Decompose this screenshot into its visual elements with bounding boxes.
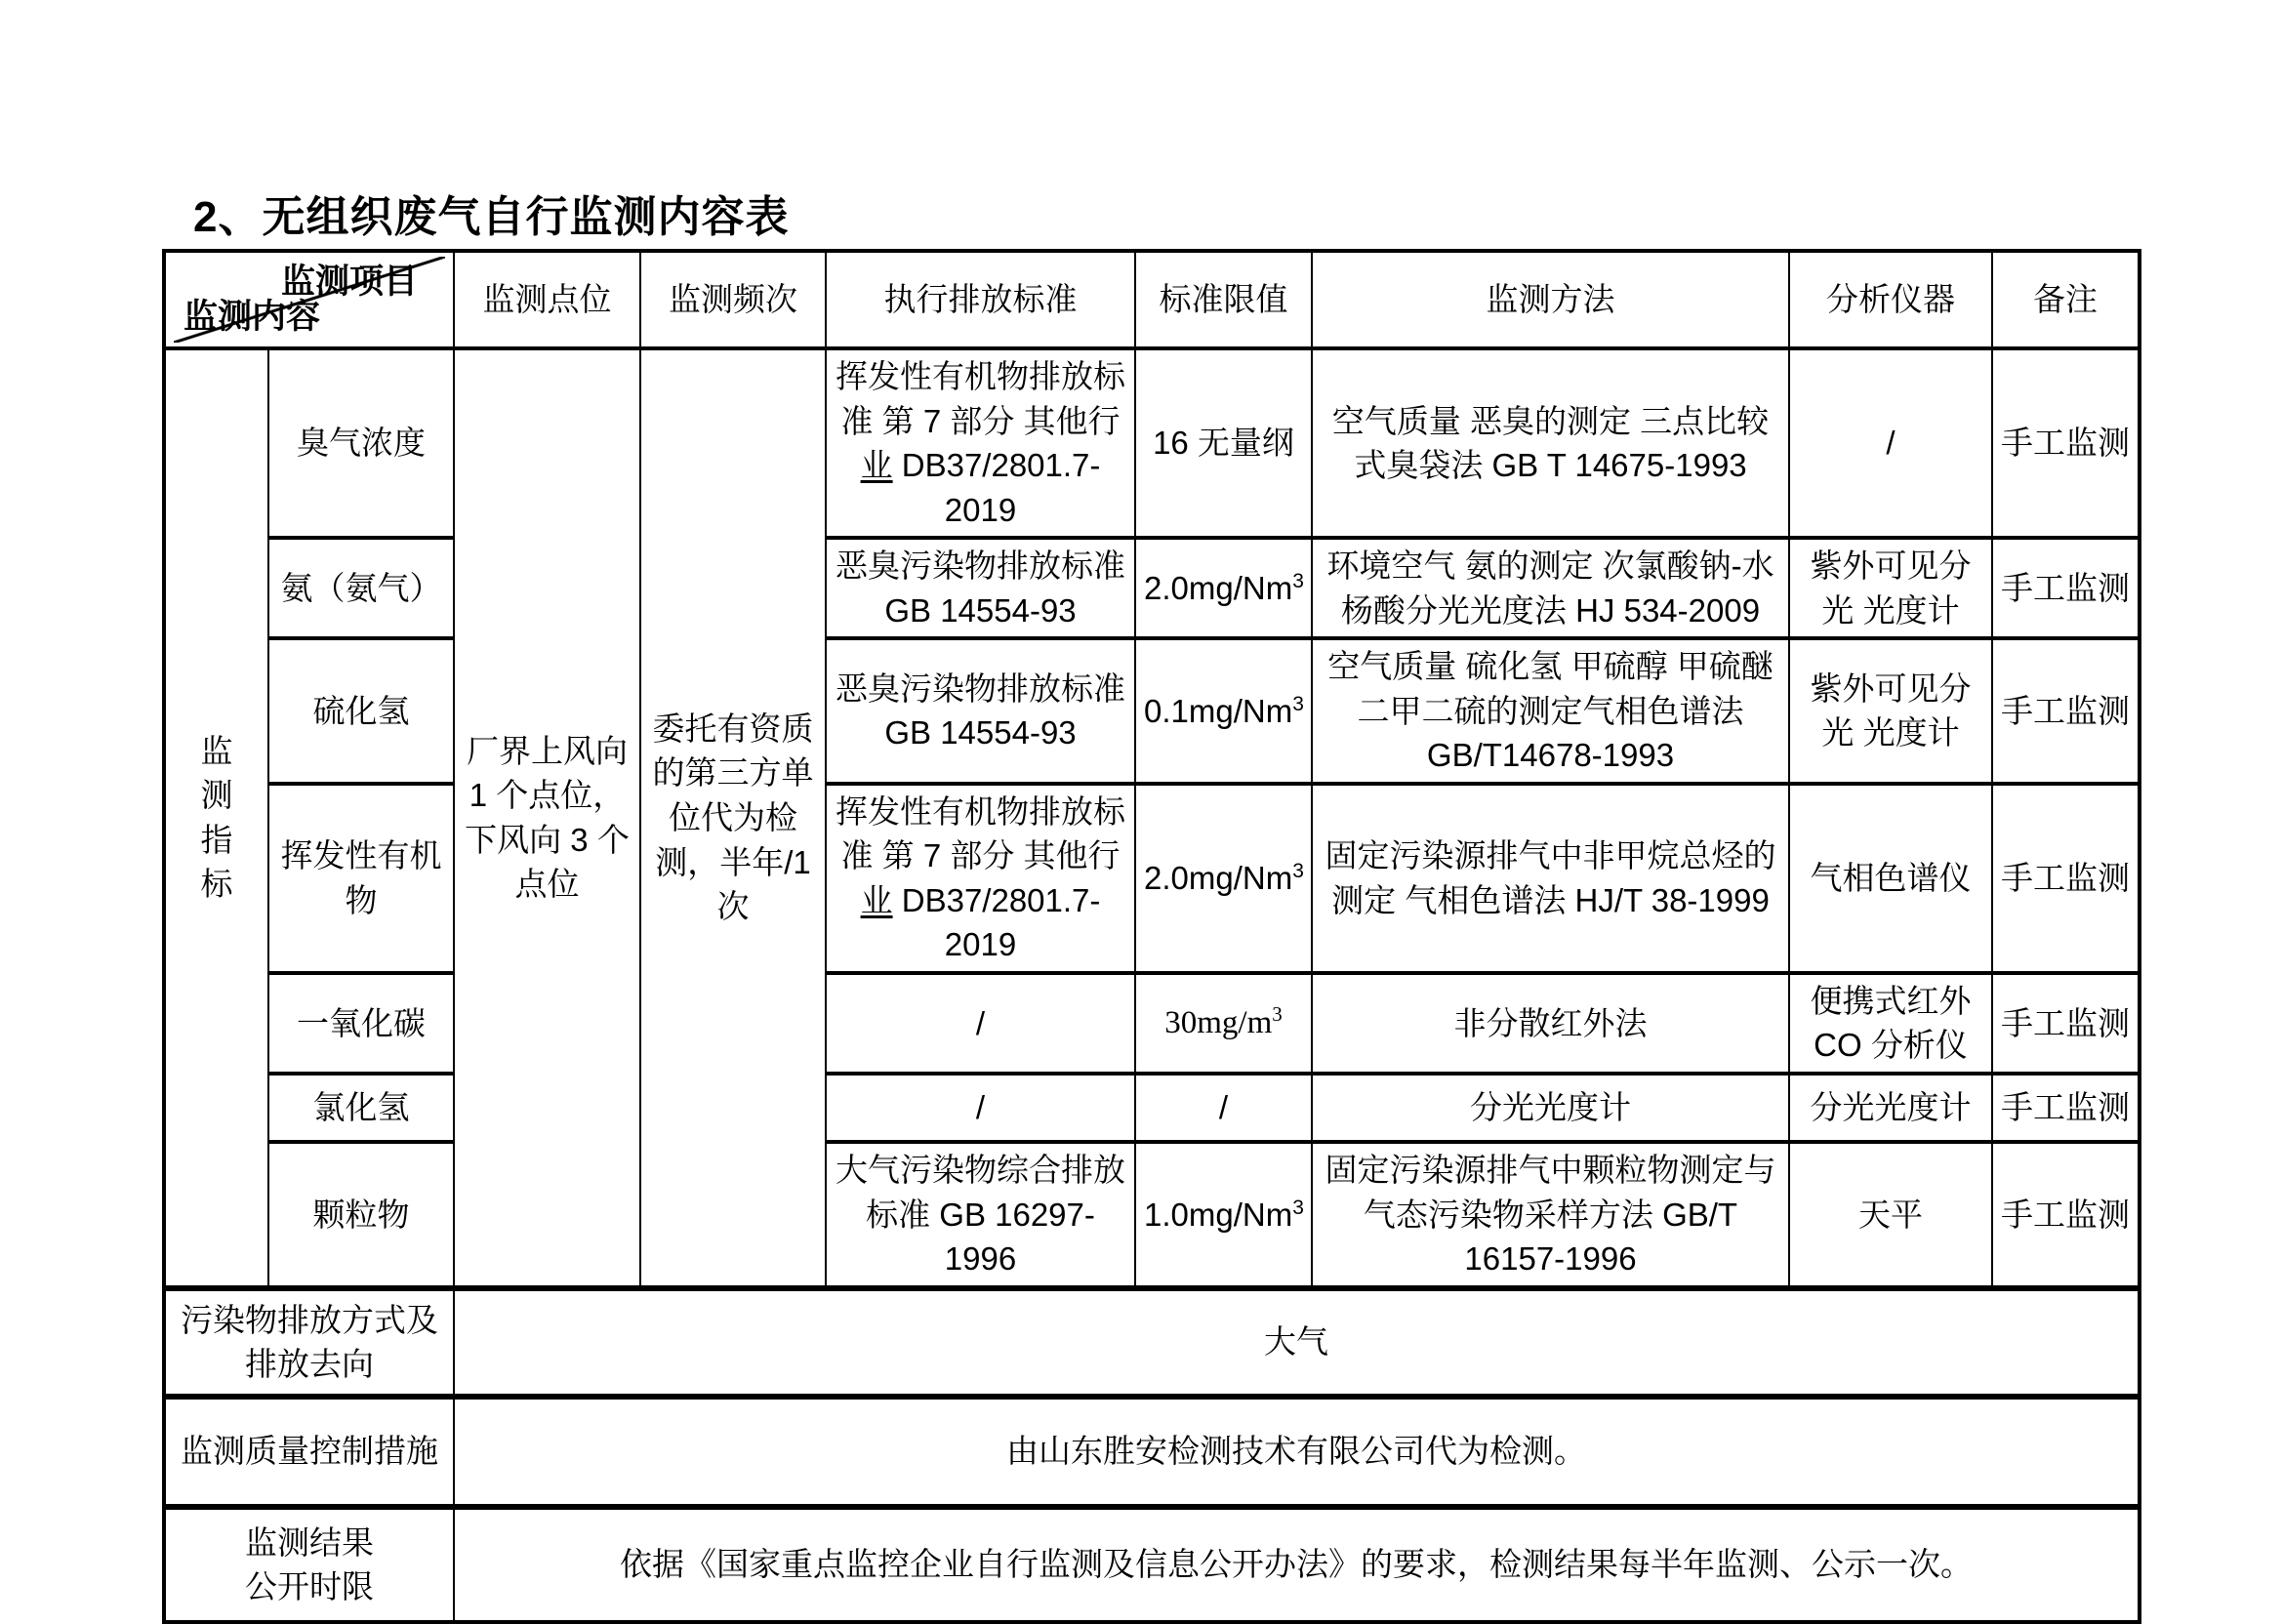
limit-superscript: 3 [1292,693,1304,715]
method-cell: 环境空气 氨的测定 次氯酸钠-水杨酸分光光度法 HJ 534-2009 [1312,538,1789,638]
note-cell: 手工监测 [1992,538,2140,638]
bottom-value-discharge-mode: 大气 [454,1288,2140,1397]
method-cell: 分光光度计 [1312,1074,1789,1142]
header-emission-standard: 执行排放标准 [826,251,1135,348]
method-cell: 固定污染源排气中非甲烷总烃的测定 气相色谱法 HJ/T 38-1999 [1312,784,1789,973]
note-cell: 手工监测 [1992,1074,2140,1142]
header-row: 监测项目 监测内容 监测点位 监测频次 执行排放标准 标准限值 监测方法 分析仪… [164,251,2140,348]
note-cell: 手工监测 [1992,348,2140,538]
merged-monitoring-frequency-cell: 委托有资质的第三方单位代为检测，半年/1 次 [640,348,826,1288]
instrument-cell: 紫外可见分光 光度计 [1789,538,1992,638]
standard-cell: 恶臭污染物排放标准 GB 14554-93 [826,638,1135,784]
page-title: 2、无组织废气自行监测内容表 [193,182,789,244]
limit-superscript: 3 [1292,570,1304,592]
corner-label-bottom: 监测内容 [183,294,320,341]
standard-text: 挥发性有机物排放标准 第 7 部分 其他行 [836,793,1125,874]
bottom-label-discharge-mode: 污染物排放方式及排放去向 [164,1288,454,1397]
limit-cell: 0.1mg/Nm3 [1135,638,1312,784]
note-cell: 手工监测 [1992,638,2140,784]
standard-cell: 挥发性有机物排放标准 第 7 部分 其他行业 DB37/2801.7-2019 [826,784,1135,973]
limit-superscript: 3 [1272,1002,1283,1026]
limit-cell: 16 无量纲 [1135,348,1312,538]
monitoring-table: 监测项目 监测内容 监测点位 监测频次 执行排放标准 标准限值 监测方法 分析仪… [162,249,2141,1624]
instrument-cell: 天平 [1789,1142,1992,1288]
limit-value: 30mg/m [1164,1005,1272,1040]
standard-text: 挥发性有机物排放标准 第 7 部分 其他行 [836,358,1125,439]
item-cell: 硫化氢 [268,638,454,784]
limit-value: 16 无量纲 [1153,425,1294,461]
item-cell: 一氧化碳 [268,973,454,1074]
instrument-cell: 紫外可见分光 光度计 [1789,638,1992,784]
item-cell: 臭气浓度 [268,348,454,538]
table-row: 监 测 指 标 臭气浓度 厂界上风向 1 个点位，下风向 3 个点位 委托有资质… [164,348,2140,538]
bottom-label-quality-control: 监测质量控制措施 [164,1397,454,1507]
table-row: 污染物排放方式及排放去向 大气 [164,1288,2140,1397]
limit-superscript: 3 [1292,1197,1304,1219]
merged-monitoring-point-cell: 厂界上风向 1 个点位，下风向 3 个点位 [454,348,640,1288]
limit-cell: / [1135,1074,1312,1142]
standard-underlined-char: 业 [861,447,893,483]
limit-superscript: 3 [1292,860,1304,882]
header-remark: 备注 [1992,251,2140,348]
header-analysis-instrument: 分析仪器 [1789,251,1992,348]
item-cell: 氯化氢 [268,1074,454,1142]
item-cell: 氨（氨气） [268,538,454,638]
bottom-label-result-publication: 监测结果 公开时限 [164,1507,454,1622]
limit-cell: 2.0mg/Nm3 [1135,538,1312,638]
limit-cell: 30mg/m3 [1135,973,1312,1074]
standard-cell: / [826,1074,1135,1142]
table-row: 监测结果 公开时限 依据《国家重点监控企业自行监测及信息公开办法》的要求，检测结… [164,1507,2140,1622]
table-row: 监测质量控制措施 由山东胜安检测技术有限公司代为检测。 [164,1397,2140,1507]
note-cell: 手工监测 [1992,1142,2140,1288]
standard-text: / [976,1005,985,1041]
limit-value: / [1219,1089,1228,1125]
item-cell: 挥发性有机物 [268,784,454,973]
instrument-cell: 便携式红外 CO 分析仪 [1789,973,1992,1074]
limit-value: 2.0mg/Nm [1144,860,1292,896]
note-cell: 手工监测 [1992,973,2140,1074]
standard-text: 大气污染物综合排放标准 GB 16297-1996 [836,1152,1125,1277]
standard-cell: 恶臭污染物排放标准 GB 14554-93 [826,538,1135,638]
instrument-cell: 气相色谱仪 [1789,784,1992,973]
standard-text: 恶臭污染物排放标准 GB 14554-93 [836,548,1125,629]
standard-underlined-char: 业 [861,882,893,918]
limit-value: 0.1mg/Nm [1144,693,1292,729]
note-cell: 手工监测 [1992,784,2140,973]
group-label-monitoring-indicators: 监 测 指 标 [164,348,268,1288]
standard-cell: 挥发性有机物排放标准 第 7 部分 其他行业 DB37/2801.7-2019 [826,348,1135,538]
standard-code: DB37/2801.7-2019 [893,447,1101,528]
header-monitoring-point: 监测点位 [454,251,640,348]
method-cell: 非分散红外法 [1312,973,1789,1074]
standard-code: DB37/2801.7-2019 [893,882,1101,963]
header-standard-limit: 标准限值 [1135,251,1312,348]
header-monitoring-frequency: 监测频次 [640,251,826,348]
limit-value: 2.0mg/Nm [1144,570,1292,606]
bottom-value-quality-control: 由山东胜安检测技术有限公司代为检测。 [454,1397,2140,1507]
method-cell: 空气质量 硫化氢 甲硫醇 甲硫醚 二甲二硫的测定气相色谱法 GB/T14678-… [1312,638,1789,784]
bottom-value-result-publication: 依据《国家重点监控企业自行监测及信息公开办法》的要求，检测结果每半年监测、公示一… [454,1507,2140,1622]
method-cell: 空气质量 恶臭的测定 三点比较式臭袋法 GB T 14675-1993 [1312,348,1789,538]
instrument-cell: 分光光度计 [1789,1074,1992,1142]
header-monitoring-method: 监测方法 [1312,251,1789,348]
standard-text: / [976,1089,985,1125]
standard-text: 恶臭污染物排放标准 GB 14554-93 [836,670,1125,751]
standard-cell: / [826,973,1135,1074]
limit-value: 1.0mg/Nm [1144,1197,1292,1233]
method-cell: 固定污染源排气中颗粒物测定与气态污染物采样方法 GB/T 16157-1996 [1312,1142,1789,1288]
item-cell: 颗粒物 [268,1142,454,1288]
corner-cell: 监测项目 监测内容 [164,251,454,348]
diagonal-line: 监测项目 监测内容 [174,257,445,343]
limit-cell: 1.0mg/Nm3 [1135,1142,1312,1288]
limit-cell: 2.0mg/Nm3 [1135,784,1312,973]
standard-cell: 大气污染物综合排放标准 GB 16297-1996 [826,1142,1135,1288]
instrument-cell: / [1789,348,1992,538]
